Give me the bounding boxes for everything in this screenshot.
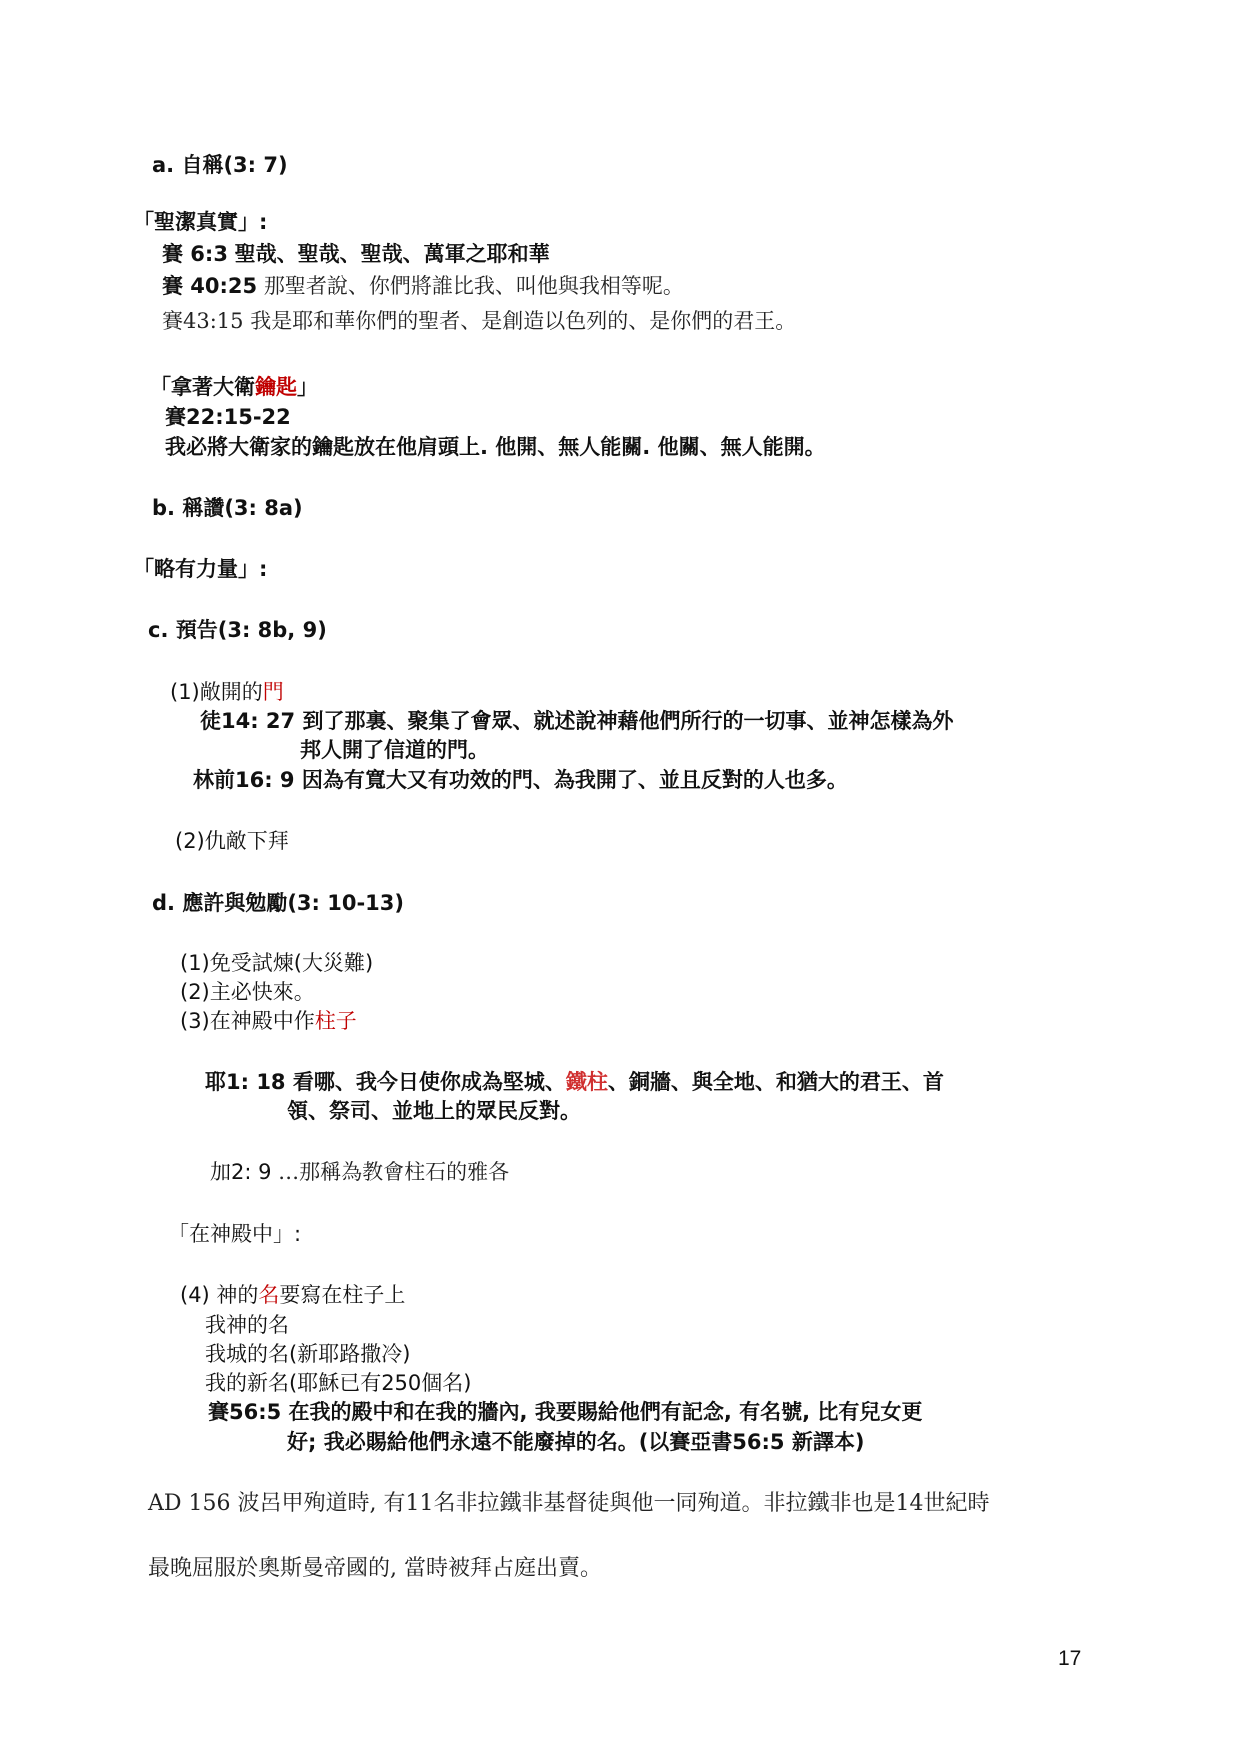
verse-isa-40-25: 賽 40:25 那聖者說、你們將誰比我、叫他與我相等呢。 — [162, 272, 684, 300]
page-number: 17 — [1058, 1647, 1081, 1671]
verse-text-post: 、銅牆、與全地、和猶大的君王、首 — [608, 1070, 944, 1094]
closing-line-1: AD 156 波呂甲殉道時, 有11名非拉鐵非基督徒與他一同殉道。非拉鐵非也是1… — [148, 1490, 989, 1518]
quote-holy-true-title: 「聖潔真實」: — [133, 208, 267, 236]
verse-text: …那稱為教會柱石的雅各 — [278, 1160, 509, 1184]
verse-ref: 賽 40:25 — [162, 274, 257, 298]
verse-ref: 賽56:5 — [208, 1400, 281, 1424]
verse-text: 那聖者說、你們將誰比我、叫他與我相等呢。 — [264, 274, 684, 298]
item-label-post: 要寫在柱子上 — [279, 1283, 405, 1307]
item-pillar-in-temple: (3)在神殿中作柱子 — [180, 1007, 357, 1035]
section-c-heading: c. 預告(3: 8b, 9) — [148, 616, 327, 644]
sub-item-my-god-name: 我神的名 — [205, 1311, 289, 1339]
quote-david-key-title: 「拿著大衛鑰匙」 — [150, 373, 318, 401]
verse-text: 聖哉、聖哉、聖哉、萬軍之耶和華 — [235, 242, 550, 266]
verse-text: 到了那裏、聚集了會眾、就述說神藉他們所行的一切事、並神怎樣為外 — [302, 709, 953, 733]
verse-ref: 加2: 9 — [210, 1160, 271, 1184]
highlight-pillar: 柱子 — [315, 1009, 357, 1033]
verse-ref-isa-22: 賽22:15-22 — [165, 403, 291, 431]
verse-ref: 徒14: 27 — [200, 709, 295, 733]
highlight-iron-pillar: 鐵柱 — [566, 1070, 608, 1094]
sub-item-city-name: 我城的名(新耶路撒冷) — [205, 1340, 410, 1368]
verse-isa-56-5: 賽56:5 在我的殿中和在我的牆內, 我要賜給他們有記念, 有名號, 比有兒女更 — [208, 1398, 922, 1426]
item-kept-from-trial: (1)免受試煉(大災難) — [180, 949, 373, 977]
item-lord-comes-soon: (2)主必快來。 — [180, 978, 315, 1006]
highlight-key: 鑰匙 — [255, 375, 297, 399]
verse-isa-6-3: 賽 6:3 聖哉、聖哉、聖哉、萬軍之耶和華 — [162, 240, 550, 268]
title-text: 「拿著大衛 — [150, 375, 255, 399]
verse-acts-14-27-cont: 邦人開了信道的門。 — [300, 736, 489, 764]
verse-isa-56-5-cont: 好; 我必賜給他們永遠不能廢掉的名。(以賽亞書56:5 新譯本) — [287, 1428, 864, 1456]
verse-ref: 賽43:15 — [162, 309, 244, 333]
section-a-heading: a. 自稱(3: 7) — [152, 151, 288, 179]
verse-1cor-16-9: 林前16: 9 因為有寬大又有功效的門、為我開了、並且反對的人也多。 — [193, 766, 848, 794]
item-label: (4) 神的 — [180, 1283, 258, 1307]
item-enemies-bow: (2)仇敵下拜 — [175, 827, 289, 855]
verse-ref: 耶1: 18 — [205, 1070, 286, 1094]
verse-text: 看哪、我今日使你成為堅城、 — [293, 1070, 566, 1094]
verse-text: 我是耶和華你們的聖者、是創造以色列的、是你們的君王。 — [250, 309, 796, 333]
verse-ref: 林前16: 9 — [193, 768, 295, 792]
verse-gal-2-9: 加2: 9 …那稱為教會柱石的雅各 — [210, 1158, 509, 1186]
highlight-door: 門 — [263, 680, 284, 704]
verse-jer-1-18-cont: 領、祭司、並地上的眾民反對。 — [287, 1097, 581, 1125]
item-name-on-pillar: (4) 神的名要寫在柱子上 — [180, 1281, 405, 1309]
item-label: (1)敞開的 — [170, 680, 263, 704]
closing-line-2: 最晚屈服於奧斯曼帝國的, 當時被拜占庭出賣。 — [148, 1555, 602, 1583]
verse-acts-14-27: 徒14: 27 到了那裏、聚集了會眾、就述說神藉他們所行的一切事、並神怎樣為外 — [200, 707, 953, 735]
section-d-heading: d. 應許與勉勵(3: 10-13) — [152, 889, 404, 917]
highlight-name: 名 — [258, 1283, 279, 1307]
verse-isa-43-15: 賽43:15 我是耶和華你們的聖者、是創造以色列的、是你們的君王。 — [162, 307, 796, 335]
section-b-heading: b. 稱讚(3: 8a) — [152, 494, 303, 522]
item-open-door: (1)敞開的門 — [170, 678, 284, 706]
verse-text-isa-22: 我必將大衛家的鑰匙放在他肩頭上. 他開、無人能關. 他關、無人能開。 — [165, 433, 826, 461]
quote-little-strength: 「略有力量」: — [133, 555, 267, 583]
verse-jer-1-18: 耶1: 18 看哪、我今日使你成為堅城、鐵柱、銅牆、與全地、和猶大的君王、首 — [205, 1068, 944, 1096]
item-label: (3)在神殿中作 — [180, 1009, 315, 1033]
verse-text: 在我的殿中和在我的牆內, 我要賜給他們有記念, 有名號, 比有兒女更 — [289, 1400, 923, 1424]
verse-ref: 賽 6:3 — [162, 242, 228, 266]
quote-in-temple: 「在神殿中」: — [168, 1220, 301, 1248]
sub-item-new-name: 我的新名(耶穌已有250個名) — [205, 1369, 471, 1397]
title-close: 」 — [297, 375, 318, 399]
verse-text: 因為有寬大又有功效的門、為我開了、並且反對的人也多。 — [302, 768, 848, 792]
